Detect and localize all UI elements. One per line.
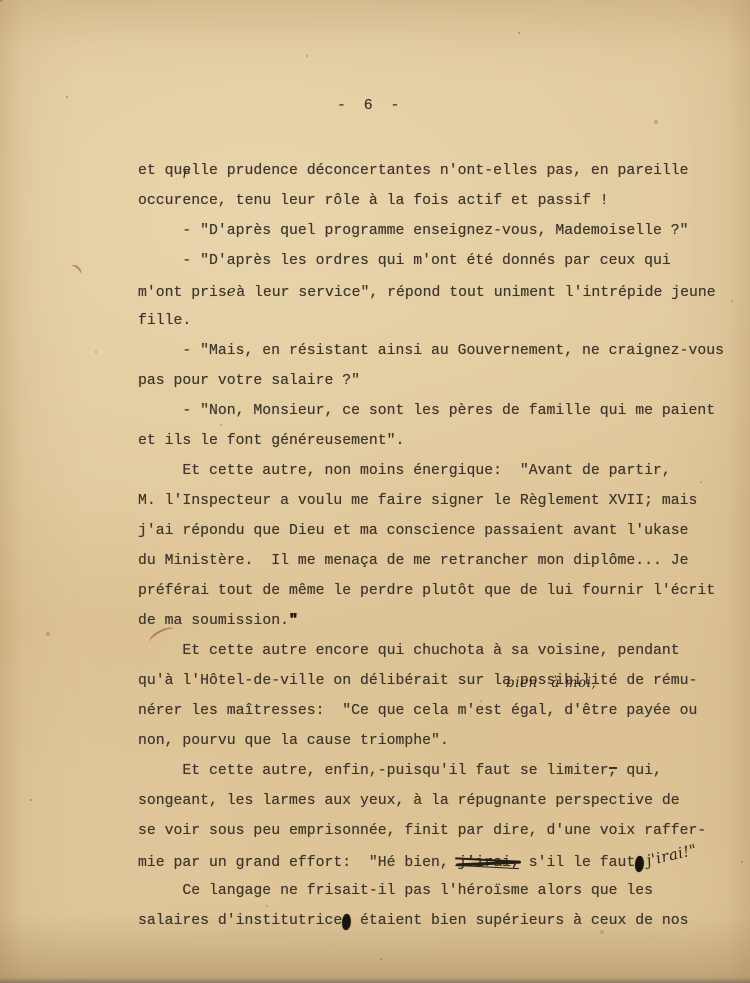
text-line: Ce langage ne frisait-il pas l'héroïsme … <box>138 876 738 906</box>
text-line: et quelle prudence déconcertantes n'ont-… <box>138 156 738 186</box>
text-line: - "Non, Monsieur, ce sont les pères de f… <box>138 396 738 426</box>
text-line: nérer les maîtresses: "Ce que cela m'est… <box>138 696 738 726</box>
text-line: - "D'après les ordres qui m'ont été donn… <box>138 246 738 276</box>
typed-text: m'ont pris <box>138 285 227 301</box>
typed-text: égal, <box>502 703 555 719</box>
text-line: fille. <box>138 306 738 336</box>
text-line: et ils le font généreusement". <box>138 426 738 456</box>
text-line: salaires d'institutrices étaient bien su… <box>138 906 738 936</box>
typed-text: de ma soumission. <box>138 613 289 629</box>
typed-text: Et cette autre, enfin,-puisqu'il faut se… <box>182 763 608 779</box>
text-line: pas pour votre salaire ?" <box>138 366 738 396</box>
typed-text: songeant, les larmes aux yeux, à la répu… <box>138 793 680 809</box>
text-line: du Ministère. Il me menaça de me retranc… <box>138 546 738 576</box>
typed-text: non, pourvu que la cause triomphe". <box>138 733 449 749</box>
page-number: - 6 - <box>337 98 404 114</box>
typed-text: nérer les maîtresses: "Ce que cela m'est <box>138 703 502 719</box>
paper-specks <box>0 0 2 2</box>
text-line: se voir sous peu emprisonnée, finit par … <box>138 816 738 846</box>
typed-text: qui, <box>618 763 662 779</box>
typed-text: Et cette autre encore qui chuchota à sa … <box>182 643 679 659</box>
typed-text: ence, tenu leur rôle à la fois actif et … <box>182 193 608 209</box>
text-line: - "Mais, en résistant ainsi au Gouvernem… <box>138 336 738 366</box>
typed-text: - "D'après les ordres qui m'ont été donn… <box>182 253 670 269</box>
text-line: préférai tout de même le perdre plutôt q… <box>138 576 738 606</box>
typed-text: M. l'Inspecteur a voulu me faire signer … <box>138 493 697 509</box>
typed-text: salaires d'institutrice <box>138 913 342 929</box>
typed-text: occur <box>138 193 182 209</box>
ink-blot: " <box>635 856 645 872</box>
typed-text: - "D'après quel programme enseignez-vous… <box>182 223 688 239</box>
text-line: j'ai répondu que Dieu et ma conscience p… <box>138 516 738 546</box>
text-line: non, pourvu que la cause triomphe". <box>138 726 738 756</box>
typed-text: - "Non, Monsieur, ce sont les pères de f… <box>182 403 715 419</box>
handwritten-annotation: e <box>227 276 236 306</box>
typed-text: Ce langage ne frisait-il pas l'héroïsme … <box>182 883 653 899</box>
overstruck-character: " <box>289 613 298 629</box>
text-line: Et cette autre, enfin,-puisqu'il faut se… <box>138 756 738 786</box>
document-page: - 6 - et quelle prudence déconcertantes … <box>0 0 750 983</box>
typed-text: - "Mais, en résistant ainsi au Gouvernem… <box>182 343 724 359</box>
typed-text: j'ai répondu que Dieu et ma conscience p… <box>138 523 689 539</box>
typed-text: qu'à l'Hôtel-de-ville on délibérait sur … <box>138 673 697 689</box>
typed-text: et ils le font généreusement". <box>138 433 404 449</box>
struck-text: j'irai, <box>458 848 520 878</box>
typed-text: et quelle prudence déconcertantes n'ont-… <box>138 163 689 179</box>
dash-over-comma: , <box>609 763 618 779</box>
text-line: Et cette autre, non moins énergique: "Av… <box>138 456 738 486</box>
text-line: de ma soumission." <box>138 606 738 636</box>
typed-text: s'il le faut <box>520 855 635 871</box>
text-line: songeant, les larmes aux yeux, à la répu… <box>138 786 738 816</box>
typed-text: à leur service", répond tout uniment l'i… <box>236 285 716 301</box>
typed-text: étaient bien supérieurs à ceux de nos <box>351 913 688 929</box>
typed-text: pas pour votre salaire ?" <box>138 373 360 389</box>
text-line: qu'à l'Hôtel-de-ville on délibérait sur … <box>138 666 738 696</box>
text-line: occurrence, tenu leur rôle à la fois act… <box>138 186 738 216</box>
paper-fiber <box>69 263 83 277</box>
typed-text: mie par un grand effort: "Hé bien, <box>138 855 458 871</box>
typed-text: fille. <box>138 313 191 329</box>
typed-text: se voir sous peu emprisonnée, finit par … <box>138 823 706 839</box>
text-line: M. l'Inspecteur a voulu me faire signer … <box>138 486 738 516</box>
text-line: Et cette autre encore qui chuchota à sa … <box>138 636 738 666</box>
typed-text: Et cette autre, non moins énergique: "Av… <box>182 463 670 479</box>
typed-text-block: et quelle prudence déconcertantes n'ont-… <box>138 156 738 936</box>
text-line: m'ont priseà leur service", répond tout … <box>138 276 738 306</box>
typed-text: du Ministère. Il me menaça de me retranc… <box>138 553 689 569</box>
typed-text: préférai tout de même le perdre plutôt q… <box>138 583 715 599</box>
typed-text: d'être payée ou <box>555 703 697 719</box>
text-line: mie par un grand effort: "Hé bien, j'ira… <box>138 846 738 876</box>
text-line: - "D'après quel programme enseignez-vous… <box>138 216 738 246</box>
